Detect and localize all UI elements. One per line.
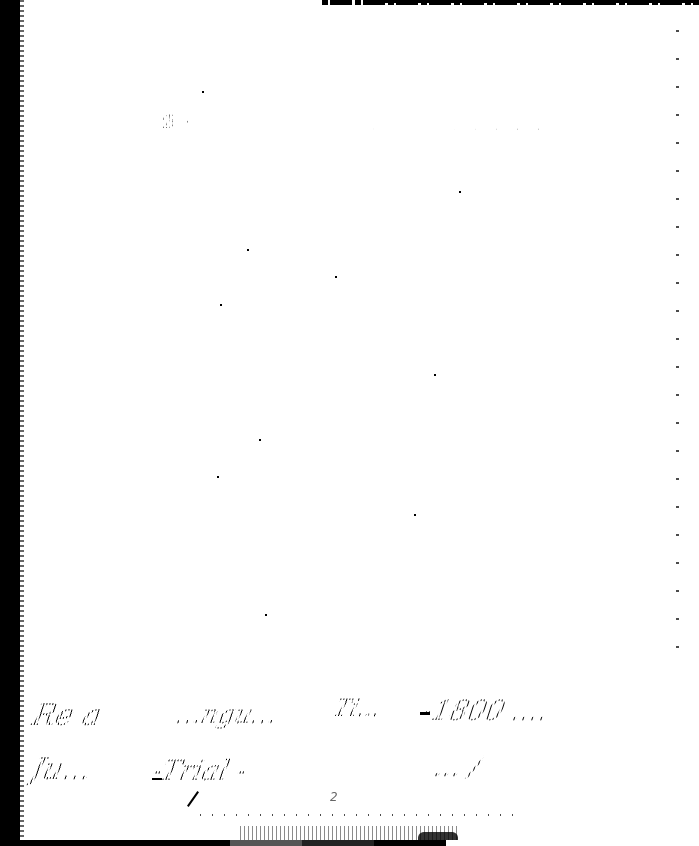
dotted-rule — [200, 814, 520, 816]
handwriting-line-1-b: ...ngu... — [172, 700, 281, 730]
scan-top-border-solid — [380, 0, 699, 3]
handwriting-line-2-c: ... / — [430, 750, 486, 783]
scan-speck — [265, 614, 267, 616]
scan-speck — [434, 374, 436, 376]
scan-speck — [459, 191, 461, 193]
scan-speck — [247, 249, 249, 251]
handwriting-line-2-b: -Trial - — [148, 754, 252, 787]
document-header-mark: ℬ · — [160, 112, 192, 133]
scan-left-border — [0, 0, 20, 846]
handwriting-line-1-a: Re a — [28, 698, 107, 733]
scan-speck — [259, 439, 261, 441]
scan-speck — [335, 276, 337, 278]
handwriting-line-1-c: Ti... — [330, 694, 386, 722]
scan-speck — [217, 476, 219, 478]
scan-right-speckle — [676, 30, 679, 670]
handwriting-footnote-mark: 2 — [330, 790, 338, 804]
handwriting-line-2-a: Ju... — [26, 752, 97, 787]
handwriting-line-1-d: -1800 .... — [418, 694, 554, 727]
scan-speck — [202, 91, 204, 93]
document-header-dots: · · · · · · · · · — [370, 122, 548, 138]
scan-left-border-edge — [20, 0, 24, 846]
scan-speck — [414, 514, 416, 516]
handwriting-stroke — [187, 791, 199, 807]
scan-bottom-border — [14, 840, 494, 846]
scan-speck — [220, 304, 222, 306]
